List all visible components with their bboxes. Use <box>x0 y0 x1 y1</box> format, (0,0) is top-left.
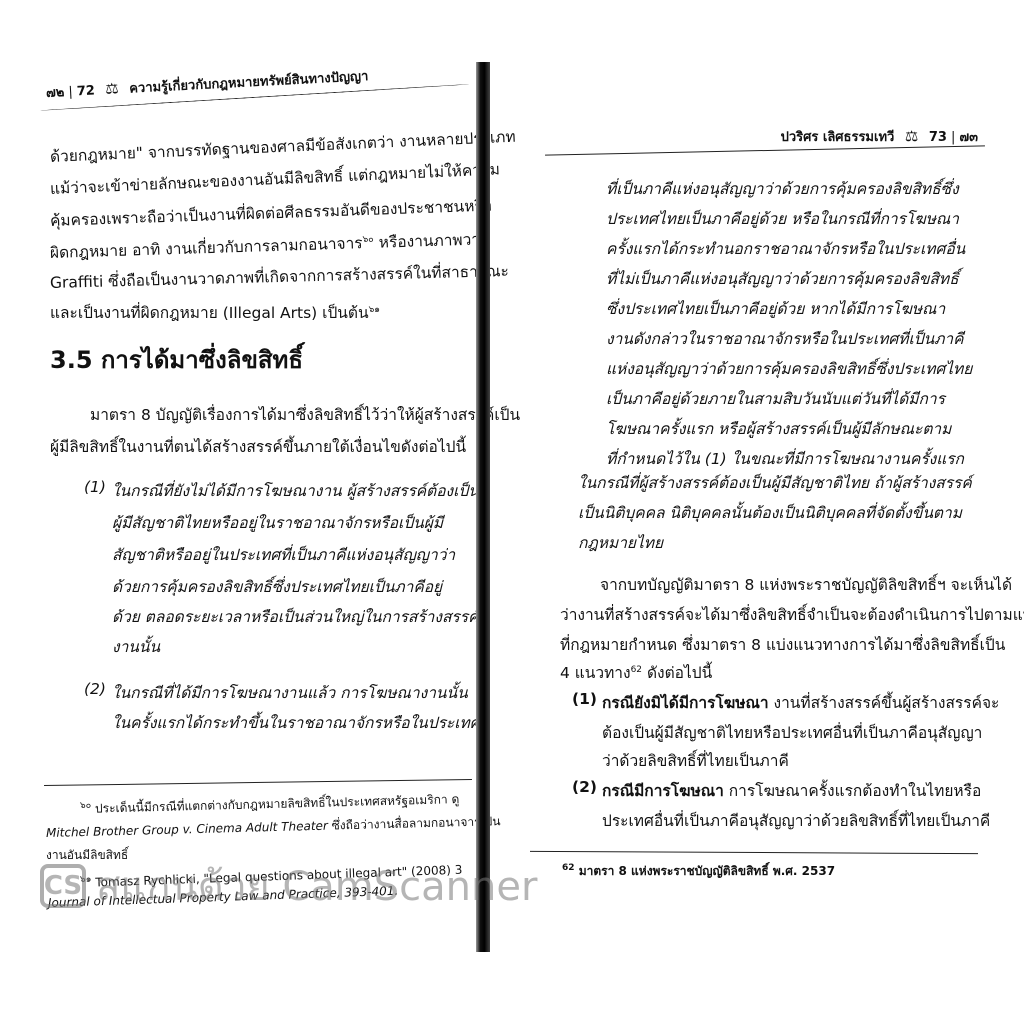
footnote-ref-61[interactable]: ๖๑ <box>369 305 380 315</box>
body-line: ที่กฎหมายกำหนด ซึ่งมาตรา 8 แบ่งแนวทางการ… <box>560 632 1005 657</box>
footnote-60-line: งานอันมีลิขสิทธิ์ <box>46 846 128 865</box>
case-line: ต้องเป็นผู้มีสัญชาติไทยหรือประเทศอื่นที่… <box>602 720 982 745</box>
body-line: ผิดกฎหมาย อาทิ งานเกี่ยวกับการลามกอนาจาร… <box>50 226 491 265</box>
body-line: กฎหมายไทย <box>578 530 663 555</box>
page-number-thai: ๗๓ <box>959 130 978 145</box>
body-line: 4 แนวทาง62 ดังต่อไปนี้ <box>560 660 712 685</box>
body-line: Graffiti ซึ่งถือเป็นงานวาดภาพที่เกิดจากก… <box>50 258 509 295</box>
list-marker: (2) <box>84 680 106 698</box>
list-item-line: ในกรณีที่ได้มีการโฆษณางานแล้ว การโฆษณางา… <box>112 680 468 705</box>
scales-of-justice-icon: ⚖ <box>105 79 119 98</box>
body-line: มาตรา 8 บัญญัติเรื่องการได้มาซึ่งลิขสิทธ… <box>90 402 520 427</box>
list-item-line: สัญชาติหรืออยู่ในประเทศที่เป็นภาคีแห่งอน… <box>112 542 455 567</box>
section-heading: 3.5 การได้มาซึ่งลิขสิทธิ์ <box>50 340 303 379</box>
list-item-line: เป็นภาคีอยู่ด้วยภายในสามสิบวันนับแต่วันท… <box>606 386 945 411</box>
list-item-line: ด้วย ตลอดระยะเวลาหรือเป็นส่วนใหญ่ในการสร… <box>112 604 478 629</box>
list-item-line: ด้วยการคุ้มครองลิขสิทธิ์ซึ่งประเทศไทยเป็… <box>112 574 442 599</box>
list-item-line: ในครั้งแรกได้กระทำขึ้นในราชอาณาจักรหรือใ… <box>112 710 480 735</box>
case-line: ว่าด้วยลิขสิทธิ์ที่ไทยเป็นภาคี <box>602 748 789 773</box>
list-item-line: งานดังกล่าวในราชอาณาจักรหรือในประเทศที่เ… <box>606 326 964 351</box>
left-page: ๗๒|72 ⚖ ความรู้เกี่ยวกับกฎหมายทรัพย์สินท… <box>0 0 478 1024</box>
list-marker: (2) <box>572 778 597 796</box>
list-item-line: โฆษณาครั้งแรก หรือผู้สร้างสรรค์เป็นผู้มี… <box>606 416 951 441</box>
body-line: จากบทบัญญัติมาตรา 8 แห่งพระราชบัญญัติลิข… <box>600 572 1012 597</box>
body-line: เป็นนิติบุคคล นิติบุคคลนั้นต้องเป็นนิติบ… <box>578 500 962 525</box>
list-item-line: ซึ่งประเทศไทยเป็นภาคีอยู่ด้วย หากได้มีกา… <box>606 296 945 321</box>
body-line: ผู้มีลิขสิทธิ์ในงานที่ตนได้สร้างสรรค์ขึ้… <box>50 434 466 459</box>
body-line: คุ้มครองเพราะถือว่าเป็นงานที่ผิดต่อศีลธร… <box>50 193 493 233</box>
list-item-line: ที่เป็นภาคีแห่งอนุสัญญาว่าด้วยการคุ้มครอ… <box>606 176 959 201</box>
case-heading: กรณีมีการโฆษณา <box>602 782 724 800</box>
list-item-line: ผู้มีสัญชาติไทยหรืออยู่ในราชอาณาจักรหรือ… <box>112 510 443 535</box>
footnote-62: 62 มาตรา 8 แห่งพระราชบัญญัติลิขสิทธิ์ พ.… <box>562 862 835 881</box>
scales-of-justice-icon: ⚖ <box>905 127 918 145</box>
case-line: ประเทศอื่นที่เป็นภาคีอนุสัญญาว่าด้วยลิขส… <box>602 808 990 833</box>
body-line: ในกรณีที่ผู้สร้างสรรค์ต้องเป็นผู้มีสัญชา… <box>578 470 972 495</box>
list-item-line: งานนั้น <box>112 634 160 659</box>
book-spread: ๗๒|72 ⚖ ความรู้เกี่ยวกับกฎหมายทรัพย์สินท… <box>0 0 1024 1024</box>
list-item-line: ครั้งแรกได้กระทำนอกราชอาณาจักรหรือในประเ… <box>606 236 965 261</box>
footnote-ref-60[interactable]: ๖๐ <box>362 235 374 245</box>
footnote-61: ๖๑ Tomasz Rychlicki, "Legal questions ab… <box>80 859 463 890</box>
page-number: 72 <box>76 83 95 99</box>
page-number-thai: ๗๒ <box>46 85 65 101</box>
body-line: และเป็นงานที่ผิดกฎหมาย (Illegal Arts) เป… <box>50 300 380 325</box>
author-name: ปวริศร เลิศธรรมเทวี <box>781 130 895 145</box>
left-running-header: ๗๒|72 ⚖ ความรู้เกี่ยวกับกฎหมายทรัพย์สินท… <box>45 65 368 103</box>
list-item-line: แห่งอนุสัญญาว่าด้วยการคุ้มครองลิขสิทธิ์ซ… <box>606 356 972 381</box>
footnote-ref-62[interactable]: 62 <box>631 665 642 675</box>
list-marker: (1) <box>84 478 106 496</box>
case-line: กรณีมีการโฆษณา การโฆษณาครั้งแรกต้องทำในไ… <box>602 778 981 803</box>
list-item-line: ที่กำหนดไว้ใน (1) ในขณะที่มีการโฆษณางานค… <box>606 446 964 471</box>
list-item-line: ที่ไม่เป็นภาคีแห่งอนุสัญญาว่าด้วยการคุ้ม… <box>606 266 959 291</box>
body-line: ว่างานที่สร้างสรรค์จะได้มาซึ่งลิขสิทธิ์จ… <box>560 602 1024 627</box>
footnote-rule <box>44 779 472 786</box>
list-marker: (1) <box>572 690 597 708</box>
case-heading: กรณียังมิได้มีการโฆษณา <box>602 694 769 712</box>
right-running-header: ปวริศร เลิศธรรมเทวี ⚖ 73|๗๓ <box>781 126 978 147</box>
list-item-line: ในกรณีที่ยังไม่ได้มีการโฆษณางาน ผู้สร้าง… <box>112 478 479 503</box>
list-item-line: ประเทศไทยเป็นภาคีอยู่ด้วย หรือในกรณีที่ก… <box>606 206 959 231</box>
case-line: กรณียังมิได้มีการโฆษณา งานที่สร้างสรรค์ข… <box>602 690 999 715</box>
page-number: 73 <box>929 130 947 145</box>
